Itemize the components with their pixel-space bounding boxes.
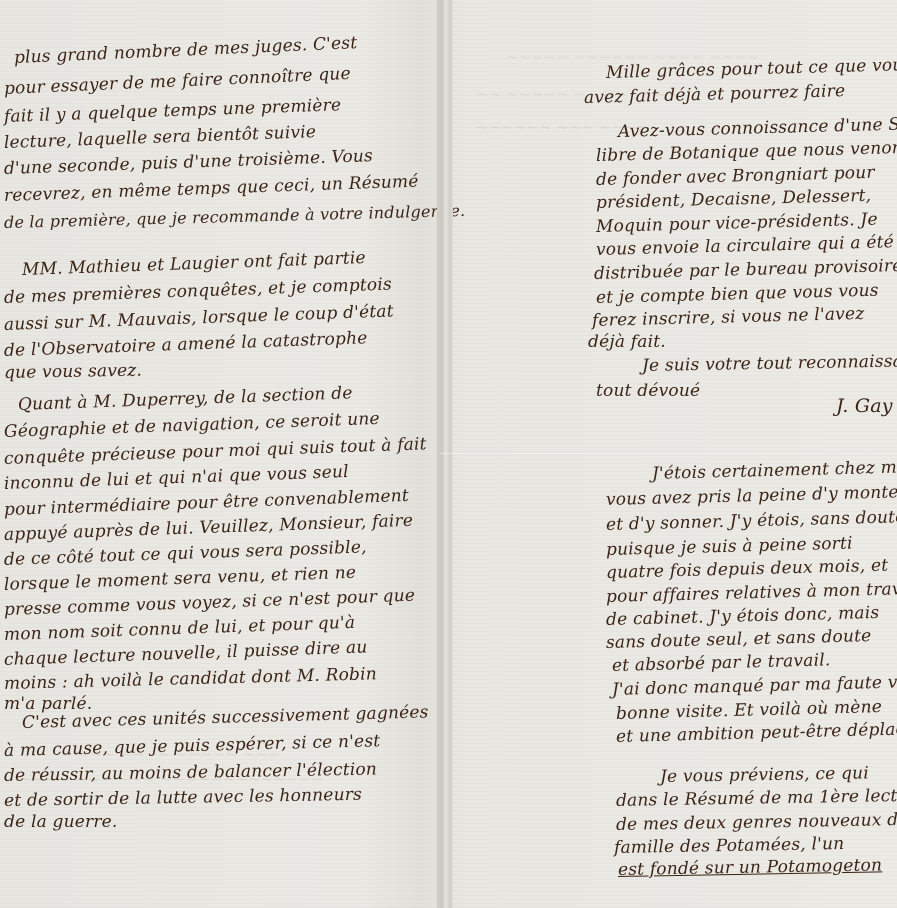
letter-line: distribuée par le bureau provisoire, bbox=[594, 256, 897, 284]
letter-line: et absorbé par le travail. bbox=[612, 650, 831, 676]
letter-line: Je suis votre tout reconnaissant et bbox=[642, 351, 897, 376]
letter-line: sans doute seul, et sans doute bbox=[606, 626, 872, 653]
letter-line: bonne visite. Et voilà où mène bbox=[616, 697, 882, 724]
letter-line: pour essayer de me faire connoître que bbox=[4, 64, 352, 99]
letter-line: ferez inscrire, si vous ne l'avez bbox=[592, 304, 865, 331]
letter-line: tout dévoué bbox=[596, 381, 700, 401]
letter-line: de mes deux genres nouveaux de la bbox=[616, 810, 897, 835]
letter-photo: ~ ~~~ ~~~~ ~~~~~ ~~~ ~~~~ ~~ ~~~~ ~~~~~~… bbox=[0, 0, 897, 908]
letter-line: J'étois certainement chez moi quand bbox=[652, 456, 897, 484]
letter-line: dans le Résumé de ma 1ère lecture, bbox=[616, 785, 897, 811]
letter-line: et une ambition peut-être déplacée. bbox=[616, 719, 897, 747]
letter-line: déjà fait. bbox=[588, 332, 666, 352]
left-page: ~ ~~~ ~~~~ ~~~~~ ~~~ ~~~~ ~~ ~~~~ ~~~~~~… bbox=[0, 0, 440, 908]
right-page: ~~~~~ ~~~~~~ ~~~~ ~~~~ ~~ ~~~~~ ~~ ~~~~~… bbox=[456, 0, 897, 908]
letter-line: famille des Potamées, l'un bbox=[614, 834, 845, 858]
letter-line: plus grand nombre de mes juges. C'est bbox=[14, 33, 358, 68]
letter-line: puisque je suis à peine sorti bbox=[606, 534, 853, 560]
letter-line: MM. Mathieu et Laugier ont fait partie bbox=[22, 248, 366, 280]
letter-line: de l'Observatoire a amené la catastrophe bbox=[4, 328, 368, 361]
letter-line: Avez-vous connoissance d'une Société bbox=[618, 113, 897, 142]
letter-line: Je vous préviens, ce qui bbox=[660, 763, 869, 787]
letter-line: et d'y sonner. J'y étois, sans doute, bbox=[606, 507, 897, 535]
letter-line: moins : ah voilà le candidat dont M. Rob… bbox=[4, 664, 377, 694]
letter-line: de la guerre. bbox=[4, 812, 118, 832]
letter-line: lecture, laquelle sera bientôt suivie bbox=[4, 122, 317, 153]
letter-line: que vous savez. bbox=[4, 361, 142, 383]
signature: J. Gay bbox=[836, 395, 893, 417]
letter-line: président, Decaisne, Delessert, bbox=[596, 186, 872, 213]
letter-line: est fondé sur un Potamogeton bbox=[618, 855, 883, 880]
letter-line: de la première, que je recommande à votr… bbox=[4, 201, 466, 232]
letter-line: et de sortir de la lutte avec les honneu… bbox=[4, 785, 362, 811]
letter-line: vous envoie la circulaire qui a été bbox=[596, 232, 894, 260]
letter-line: quatre fois depuis deux mois, et bbox=[606, 556, 889, 583]
letter-line: libre de Botanique que nous venons bbox=[596, 138, 897, 166]
letter-line: vous avez pris la peine d'y monter bbox=[606, 482, 897, 510]
letter-line: Quant à M. Duperrey, de la section de bbox=[18, 383, 353, 415]
letter-line: J'ai donc manqué par ma faute votre bbox=[612, 672, 897, 700]
